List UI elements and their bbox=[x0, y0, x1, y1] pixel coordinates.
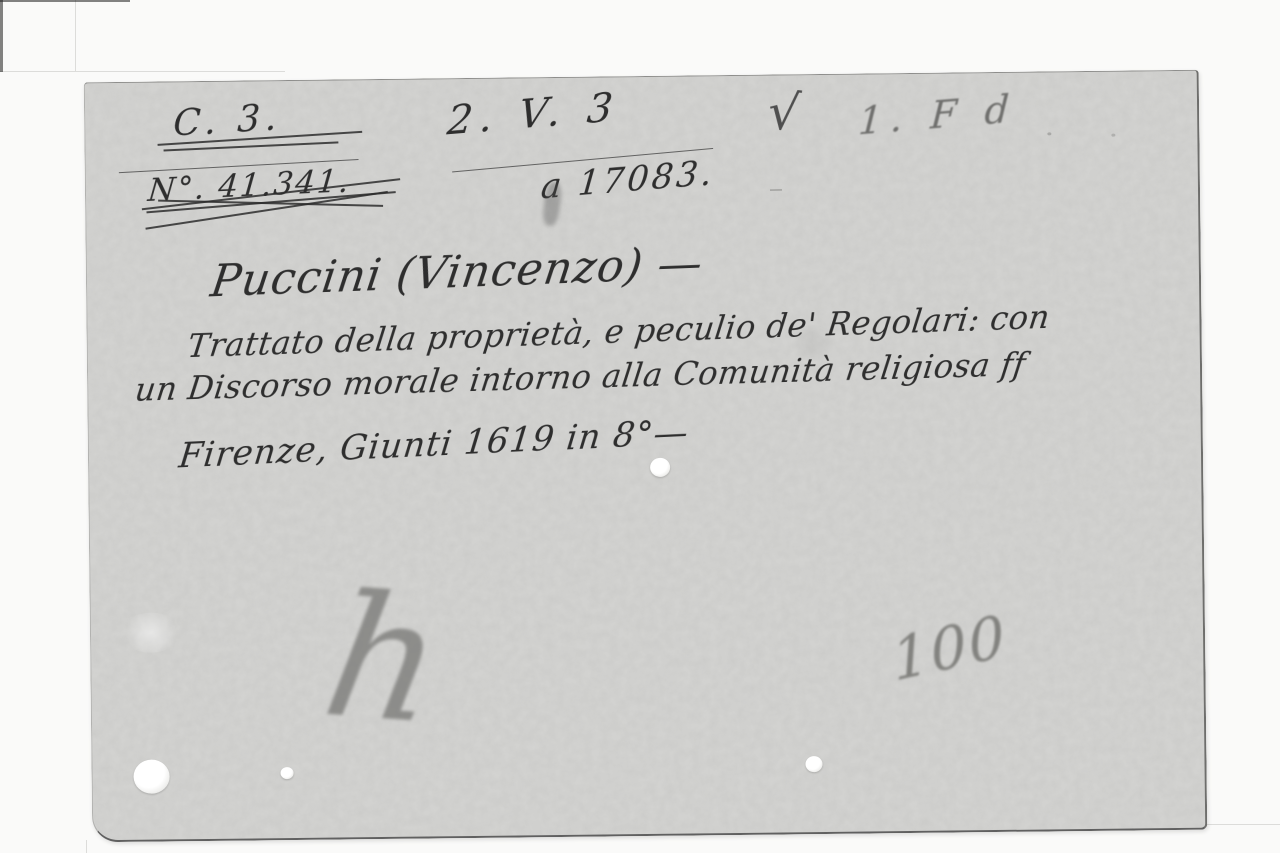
current-shelfmark: 2. V. 3 bbox=[446, 87, 622, 141]
seam-line bbox=[1203, 824, 1280, 825]
paper-blotch bbox=[121, 612, 181, 653]
scan-edge bbox=[0, 0, 130, 2]
pencil-note: 1. F d bbox=[857, 89, 1018, 140]
punch-hole bbox=[281, 767, 294, 779]
pencil-dash bbox=[770, 189, 782, 190]
seam-line bbox=[75, 0, 76, 72]
seam-line bbox=[0, 71, 285, 72]
pencil-speck bbox=[1111, 134, 1115, 137]
pencil-letter-mark: h bbox=[314, 572, 454, 748]
punch-hole bbox=[133, 759, 169, 793]
pencil-number-mark: 100 bbox=[889, 606, 1010, 689]
punch-hole bbox=[650, 458, 670, 477]
accession-number: a 17083. bbox=[540, 156, 717, 204]
imprint-line: Firenze, Giunti 1619 in 8°— bbox=[177, 416, 690, 474]
punch-hole bbox=[805, 756, 822, 772]
seam-line bbox=[86, 840, 87, 853]
scan-edge bbox=[0, 0, 3, 72]
catalog-card: C. 3. N°. 41.341. 2. V. 3 a 17083. √ 1. … bbox=[84, 70, 1208, 843]
pencil-speck bbox=[1047, 132, 1051, 135]
author-heading: Puccini (Vincenzo) — bbox=[208, 242, 706, 305]
scanned-page: C. 3. N°. 41.341. 2. V. 3 a 17083. √ 1. … bbox=[0, 0, 1280, 853]
check-mark: √ bbox=[766, 86, 802, 139]
